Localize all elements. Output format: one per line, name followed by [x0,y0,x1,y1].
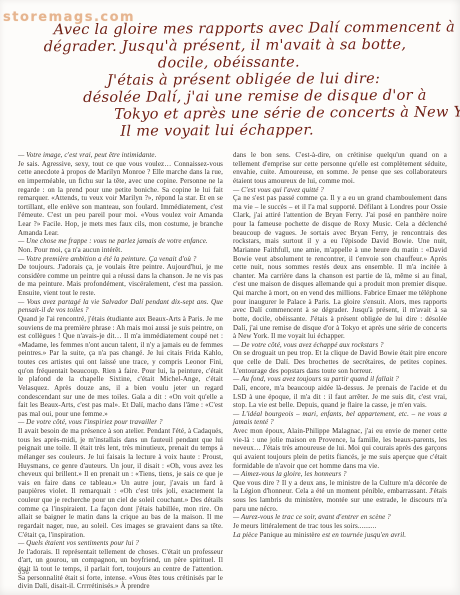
interview-answer: Quand je l'ai rencontré, j'étais étudian… [18,315,223,419]
interview-answer: Je l'adorais. Il représentait tellement … [18,548,223,591]
interview-answer: Dalí, encore, m'a beaucoup aidée là-dess… [233,384,447,410]
interview-question: — C'est vous qui l'avez quitté ? [233,186,447,195]
production-note-suffix: est en tournée jusqu'en avril. [320,531,406,539]
interview-answer: Que vous dire ? Il y a deux ans, le mini… [233,479,447,514]
interview-question: — De votre côté, vous l'inspiriez pour t… [18,418,223,427]
interview-question: — L'idéal bourgeois – mari, enfants, bel… [233,410,447,427]
interview-question: — Au fond, vous avez toujours su partir … [233,375,447,384]
page-number: 336 [18,569,29,576]
interview-answer: De toujours. J'adorais ça, je voulais êt… [18,263,223,298]
interview-answer: On se droguait un peu trop. Et la clique… [233,349,447,375]
text-column-right: dans le bon sens. C'est-à-dire, on créti… [233,151,447,539]
interview-answer: dans le bon sens. C'est-à-dire, on créti… [233,151,447,186]
handwritten-line: dégrader. Jusqu'à présent, il m'avait à … [0,36,460,56]
magazine-page: storemags.com Avec la gloire mes rapport… [0,0,460,595]
interview-question: — Vous avez partagé la vie Salvador Dalí… [18,298,223,315]
handwritten-line: Tokyo et après une série de concerts à N… [0,104,460,124]
interview-question: — Aimez-vous la gloire, les honneurs ? [233,470,447,479]
interview-answer: Je meurs littéralement de trac tous les … [233,522,447,531]
interview-question: — Quels étaient vos sentiments pour lui … [18,539,223,548]
handwritten-line: Il me voyait lui échapper. [0,121,460,141]
handwritten-quote: Avec la gloire mes rapports avec Dalí co… [0,19,460,141]
interview-answer: Ça ne s'est pas passé comme ça. Il y a e… [233,194,447,341]
play-title: Panique au ministère [260,531,321,539]
interview-answer: Non. Pour moi, ça n'a aucun intérêt. [18,246,223,255]
text-column-left: — Votre image, c'est vrai, peut être int… [18,151,223,591]
interview-question: — Votre première ambition a été la peint… [18,255,223,264]
interview-answer: Il avait besoin de ma présence à son ate… [18,427,223,539]
interview-question: — Une chose me frappe : vous ne parlez j… [18,237,223,246]
production-note-prefix: La pièce [233,531,260,539]
production-note: La pièce Panique au ministère est en tou… [233,531,447,540]
interview-answer: Avec mon époux, Alain-Philippe Malagnac,… [233,427,447,470]
interview-question: — Votre image, c'est vrai, peut être int… [18,151,223,160]
interview-answer: Je sais. Agressive, sexy, tout ce que vo… [18,160,223,238]
interview-question: — Aurez-vous le trac ce soir, avant d'en… [233,513,447,522]
interview-question: — De votre côté, vous avez échappé aux r… [233,341,447,350]
